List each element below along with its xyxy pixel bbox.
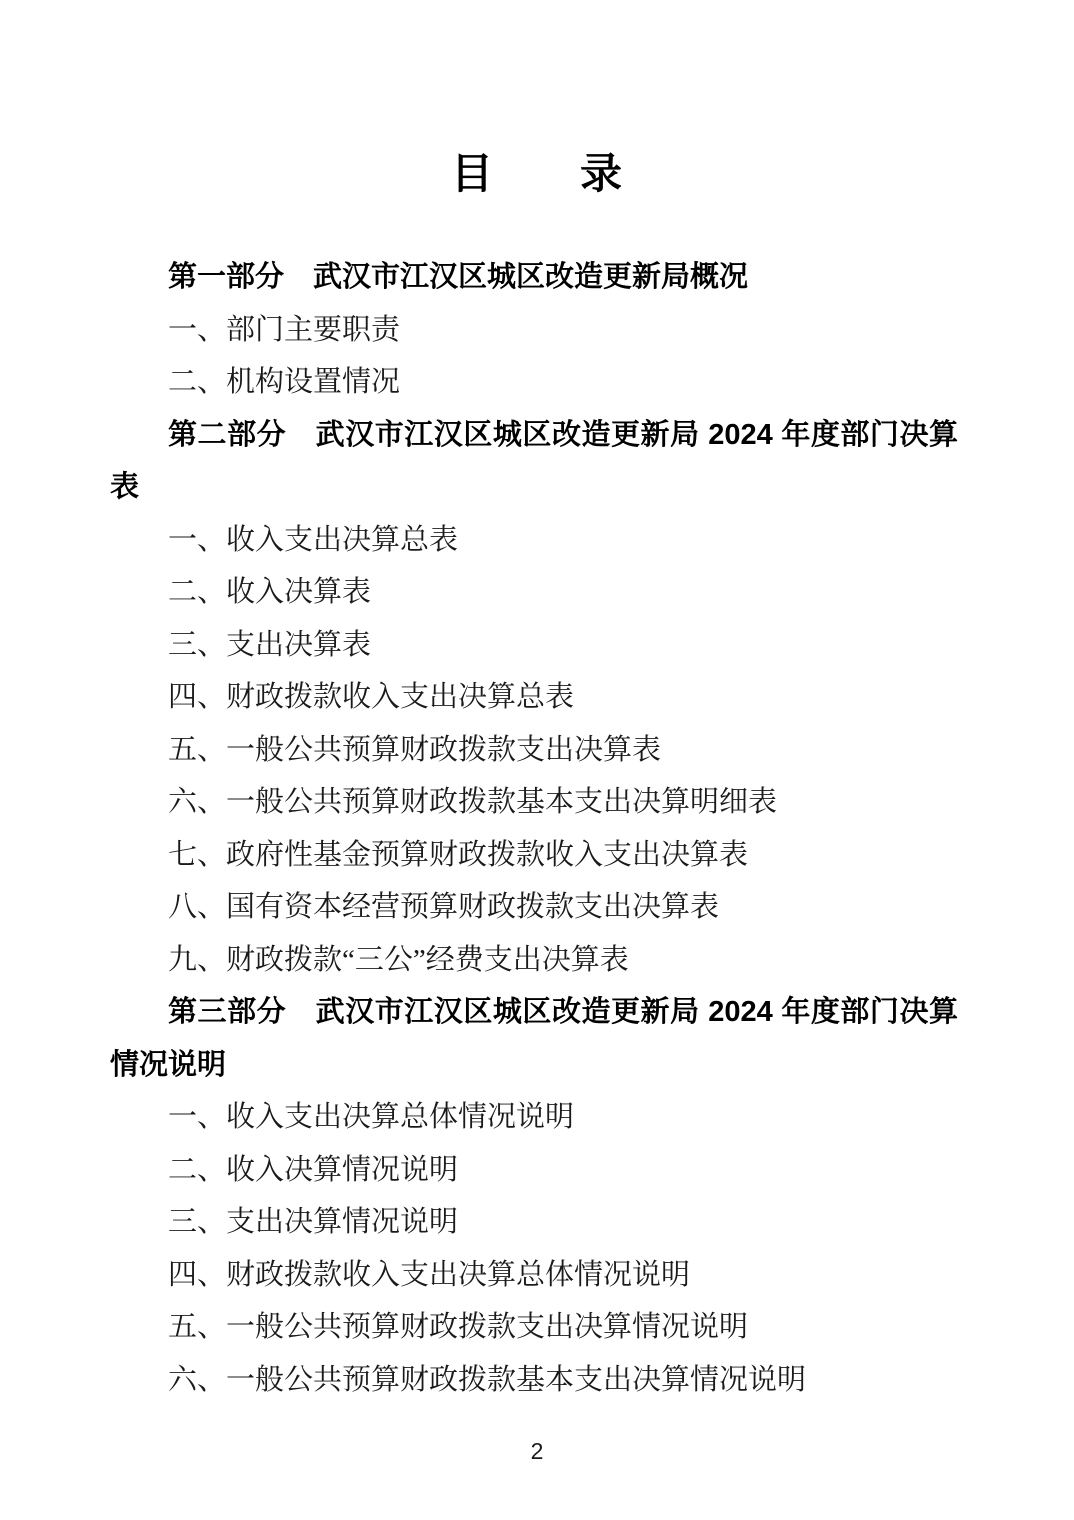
toc-item: 八、国有资本经营预算财政拨款支出决算表 bbox=[110, 881, 958, 934]
toc-item: 一、收入支出决算总体情况说明 bbox=[110, 1091, 958, 1144]
page-number: 2 bbox=[0, 1438, 1074, 1465]
toc-item: 一、收入支出决算总表 bbox=[110, 514, 958, 567]
table-of-contents: 第一部分 武汉市江汉区城区改造更新局概况 一、部门主要职责 二、机构设置情况 第… bbox=[110, 251, 958, 1406]
toc-section-heading-part2: 第二部分 武汉市江汉区城区改造更新局 2024 年度部门决算表 bbox=[110, 409, 958, 514]
document-page: 目 录 第一部分 武汉市江汉区城区改造更新局概况 一、部门主要职责 二、机构设置… bbox=[0, 0, 1074, 1520]
toc-item: 七、政府性基金预算财政拨款收入支出决算表 bbox=[110, 829, 958, 882]
toc-item: 四、财政拨款收入支出决算总体情况说明 bbox=[110, 1249, 958, 1302]
toc-item: 三、支出决算情况说明 bbox=[110, 1196, 958, 1249]
toc-item: 六、一般公共预算财政拨款基本支出决算情况说明 bbox=[110, 1354, 958, 1407]
toc-section-part2: 第二部分 武汉市江汉区城区改造更新局 2024 年度部门决算表 一、收入支出决算… bbox=[110, 409, 958, 987]
toc-section-part1: 第一部分 武汉市江汉区城区改造更新局概况 一、部门主要职责 二、机构设置情况 bbox=[110, 251, 958, 409]
toc-item: 二、机构设置情况 bbox=[110, 356, 958, 409]
toc-item: 一、部门主要职责 bbox=[110, 304, 958, 357]
toc-item: 九、财政拨款“三公”经费支出决算表 bbox=[110, 934, 958, 987]
page-title: 目 录 bbox=[0, 148, 1074, 200]
toc-item: 六、一般公共预算财政拨款基本支出决算明细表 bbox=[110, 776, 958, 829]
toc-item: 二、收入决算情况说明 bbox=[110, 1144, 958, 1197]
toc-section-heading-part1: 第一部分 武汉市江汉区城区改造更新局概况 bbox=[110, 251, 958, 304]
toc-section-part3: 第三部分 武汉市江汉区城区改造更新局 2024 年度部门决算情况说明 一、收入支… bbox=[110, 986, 958, 1406]
toc-item: 四、财政拨款收入支出决算总表 bbox=[110, 671, 958, 724]
toc-item: 五、一般公共预算财政拨款支出决算表 bbox=[110, 724, 958, 777]
toc-item: 五、一般公共预算财政拨款支出决算情况说明 bbox=[110, 1301, 958, 1354]
toc-item: 三、支出决算表 bbox=[110, 619, 958, 672]
toc-item: 二、收入决算表 bbox=[110, 566, 958, 619]
toc-section-heading-part3: 第三部分 武汉市江汉区城区改造更新局 2024 年度部门决算情况说明 bbox=[110, 986, 958, 1091]
